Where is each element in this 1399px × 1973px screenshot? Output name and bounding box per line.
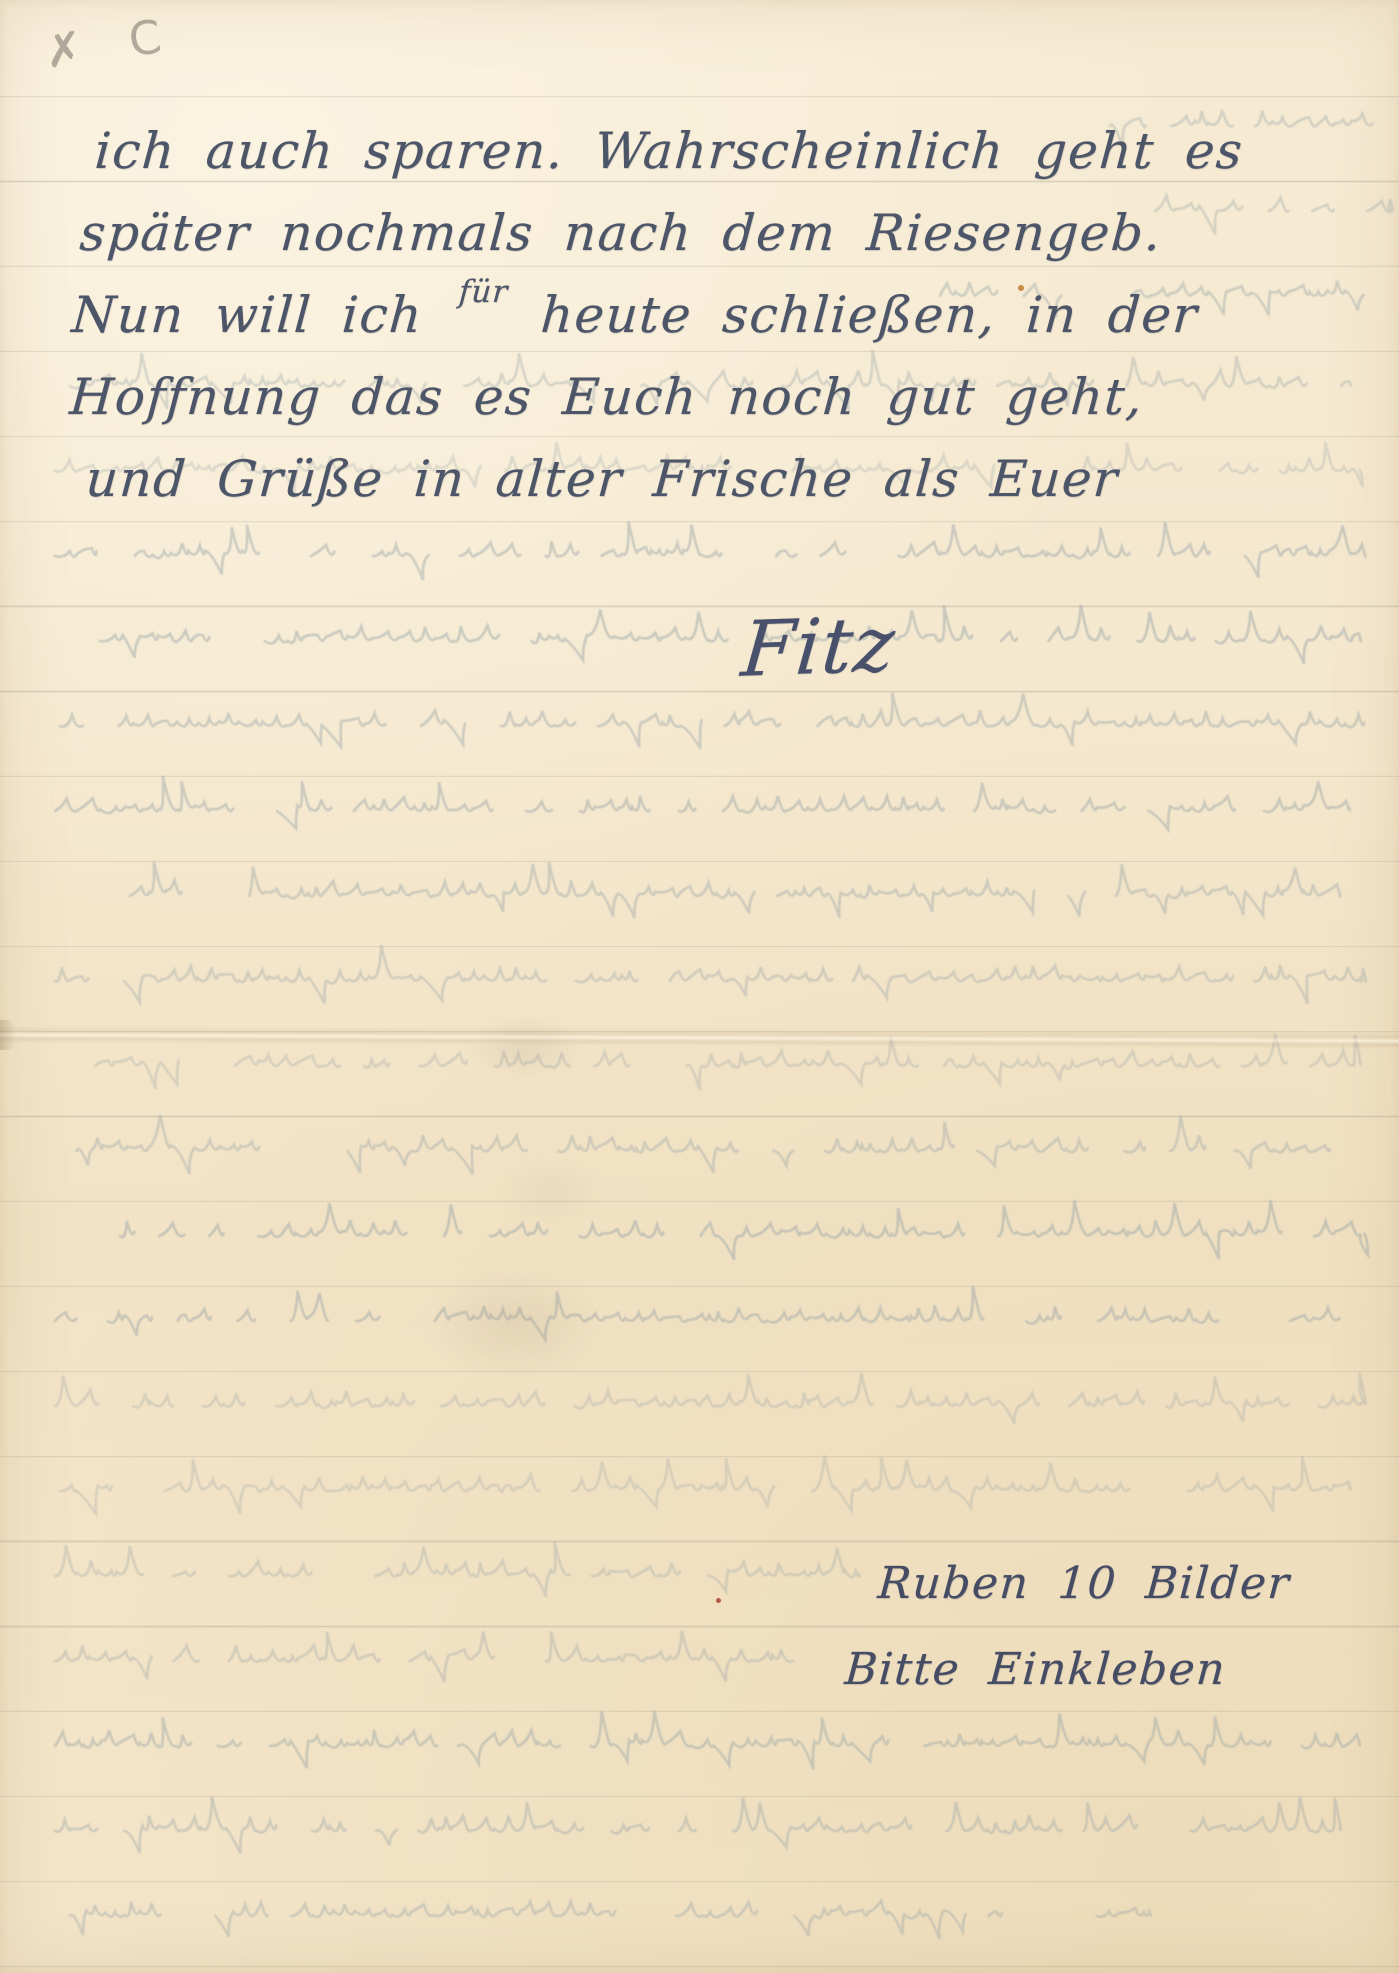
photo-note-line-1: Ruben 10 Bilder bbox=[876, 1558, 1292, 1609]
letter-page: ✗ C ich auch sparen. Wahrscheinlich geht… bbox=[0, 0, 1399, 1973]
edge-tear bbox=[0, 1020, 16, 1050]
rust-spot bbox=[1018, 285, 1024, 291]
handwriting-line-5: und Grüße in alter Frische als Euer bbox=[84, 450, 1121, 508]
signature: Fitz bbox=[738, 599, 899, 694]
photo-note-line-2: Bitte Einkleben bbox=[843, 1644, 1228, 1695]
line3-after: heute schließen, in der bbox=[539, 286, 1200, 344]
handwriting-line-1: ich auch sparen. Wahrscheinlich geht es bbox=[93, 122, 1245, 180]
pencil-mark: ✗ C bbox=[41, 7, 181, 79]
handwriting-line-3: Nun will ich für heute schließen, in der bbox=[70, 286, 1200, 344]
stain-mark bbox=[466, 1016, 586, 1078]
line3-before: Nun will ich bbox=[70, 286, 425, 344]
stain-mark bbox=[500, 1160, 600, 1224]
rust-spot bbox=[716, 1598, 721, 1603]
handwriting-line-4: Hoffnung das es Euch noch gut geht, bbox=[68, 368, 1145, 426]
handwriting-line-2: später nochmals nach dem Riesengeb. bbox=[78, 204, 1164, 262]
stain-mark bbox=[428, 1268, 603, 1380]
line3-insertion-above: für bbox=[458, 274, 510, 310]
fold-crease bbox=[0, 1025, 1399, 1049]
